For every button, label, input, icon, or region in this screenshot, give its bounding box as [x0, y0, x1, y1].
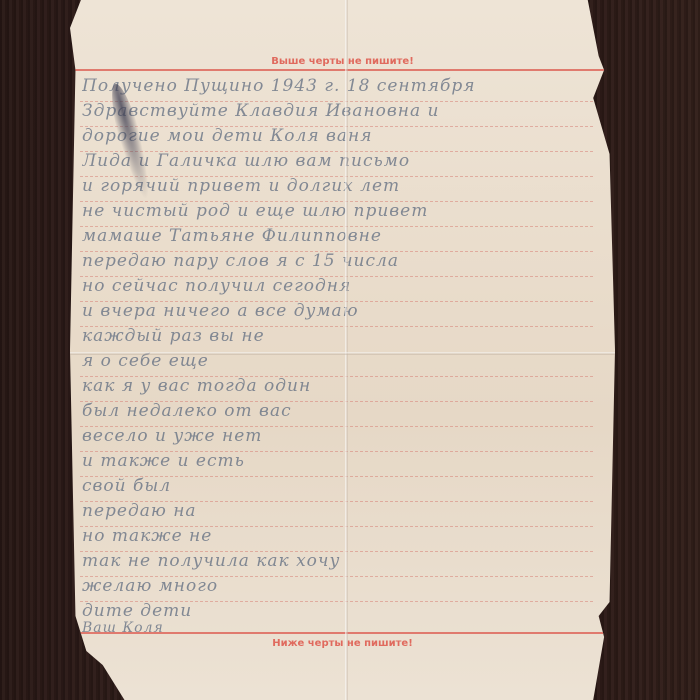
handwritten-line: но сейчас получил сегодня: [82, 276, 597, 301]
horizontal-fold-crease: [70, 352, 615, 355]
handwritten-letter: Выше черты не пишите! Получено Пущино 19…: [70, 0, 615, 700]
handwritten-line: Лида и Галичка шлю вам письмо: [82, 151, 597, 176]
top-header-print: Выше черты не пишите!: [70, 56, 615, 67]
handwritten-line: Получено Пущино 1943 г. 18 сентября: [82, 76, 597, 101]
handwritten-line: как я у вас тогда один: [82, 376, 597, 401]
handwritten-line: не чистый род и еще шлю привет: [82, 201, 597, 226]
bottom-header-print: Ниже черты не пишите!: [70, 638, 615, 649]
handwritten-line: каждый раз вы не: [82, 326, 597, 351]
handwritten-line: передаю пару слов я с 15 числа: [82, 251, 597, 276]
handwritten-line: Здравствуйте Клавдия Ивановна и: [82, 101, 597, 126]
handwritten-line: и вчера ничего а все думаю: [82, 301, 597, 326]
top-red-line: [75, 69, 605, 71]
vertical-fold-crease: [345, 0, 348, 700]
handwritten-line: желаю много: [82, 576, 597, 601]
handwritten-line: передаю на: [82, 501, 597, 526]
handwritten-line: и горячий привет и долгих лет: [82, 176, 597, 201]
handwritten-line: дорогие мои дети Коля ваня: [82, 126, 597, 151]
handwritten-line: но также не: [82, 526, 597, 551]
handwritten-line: и также и есть: [82, 451, 597, 476]
bottom-red-line: [75, 632, 605, 634]
handwritten-line: так не получила как хочу: [82, 551, 597, 576]
handwritten-line: свой был: [82, 476, 597, 501]
handwritten-line: мамаше Татьяне Филипповне: [82, 226, 597, 251]
handwritten-line: весело и уже нет: [82, 426, 597, 451]
handwritten-line: был недалеко от вас: [82, 401, 597, 426]
